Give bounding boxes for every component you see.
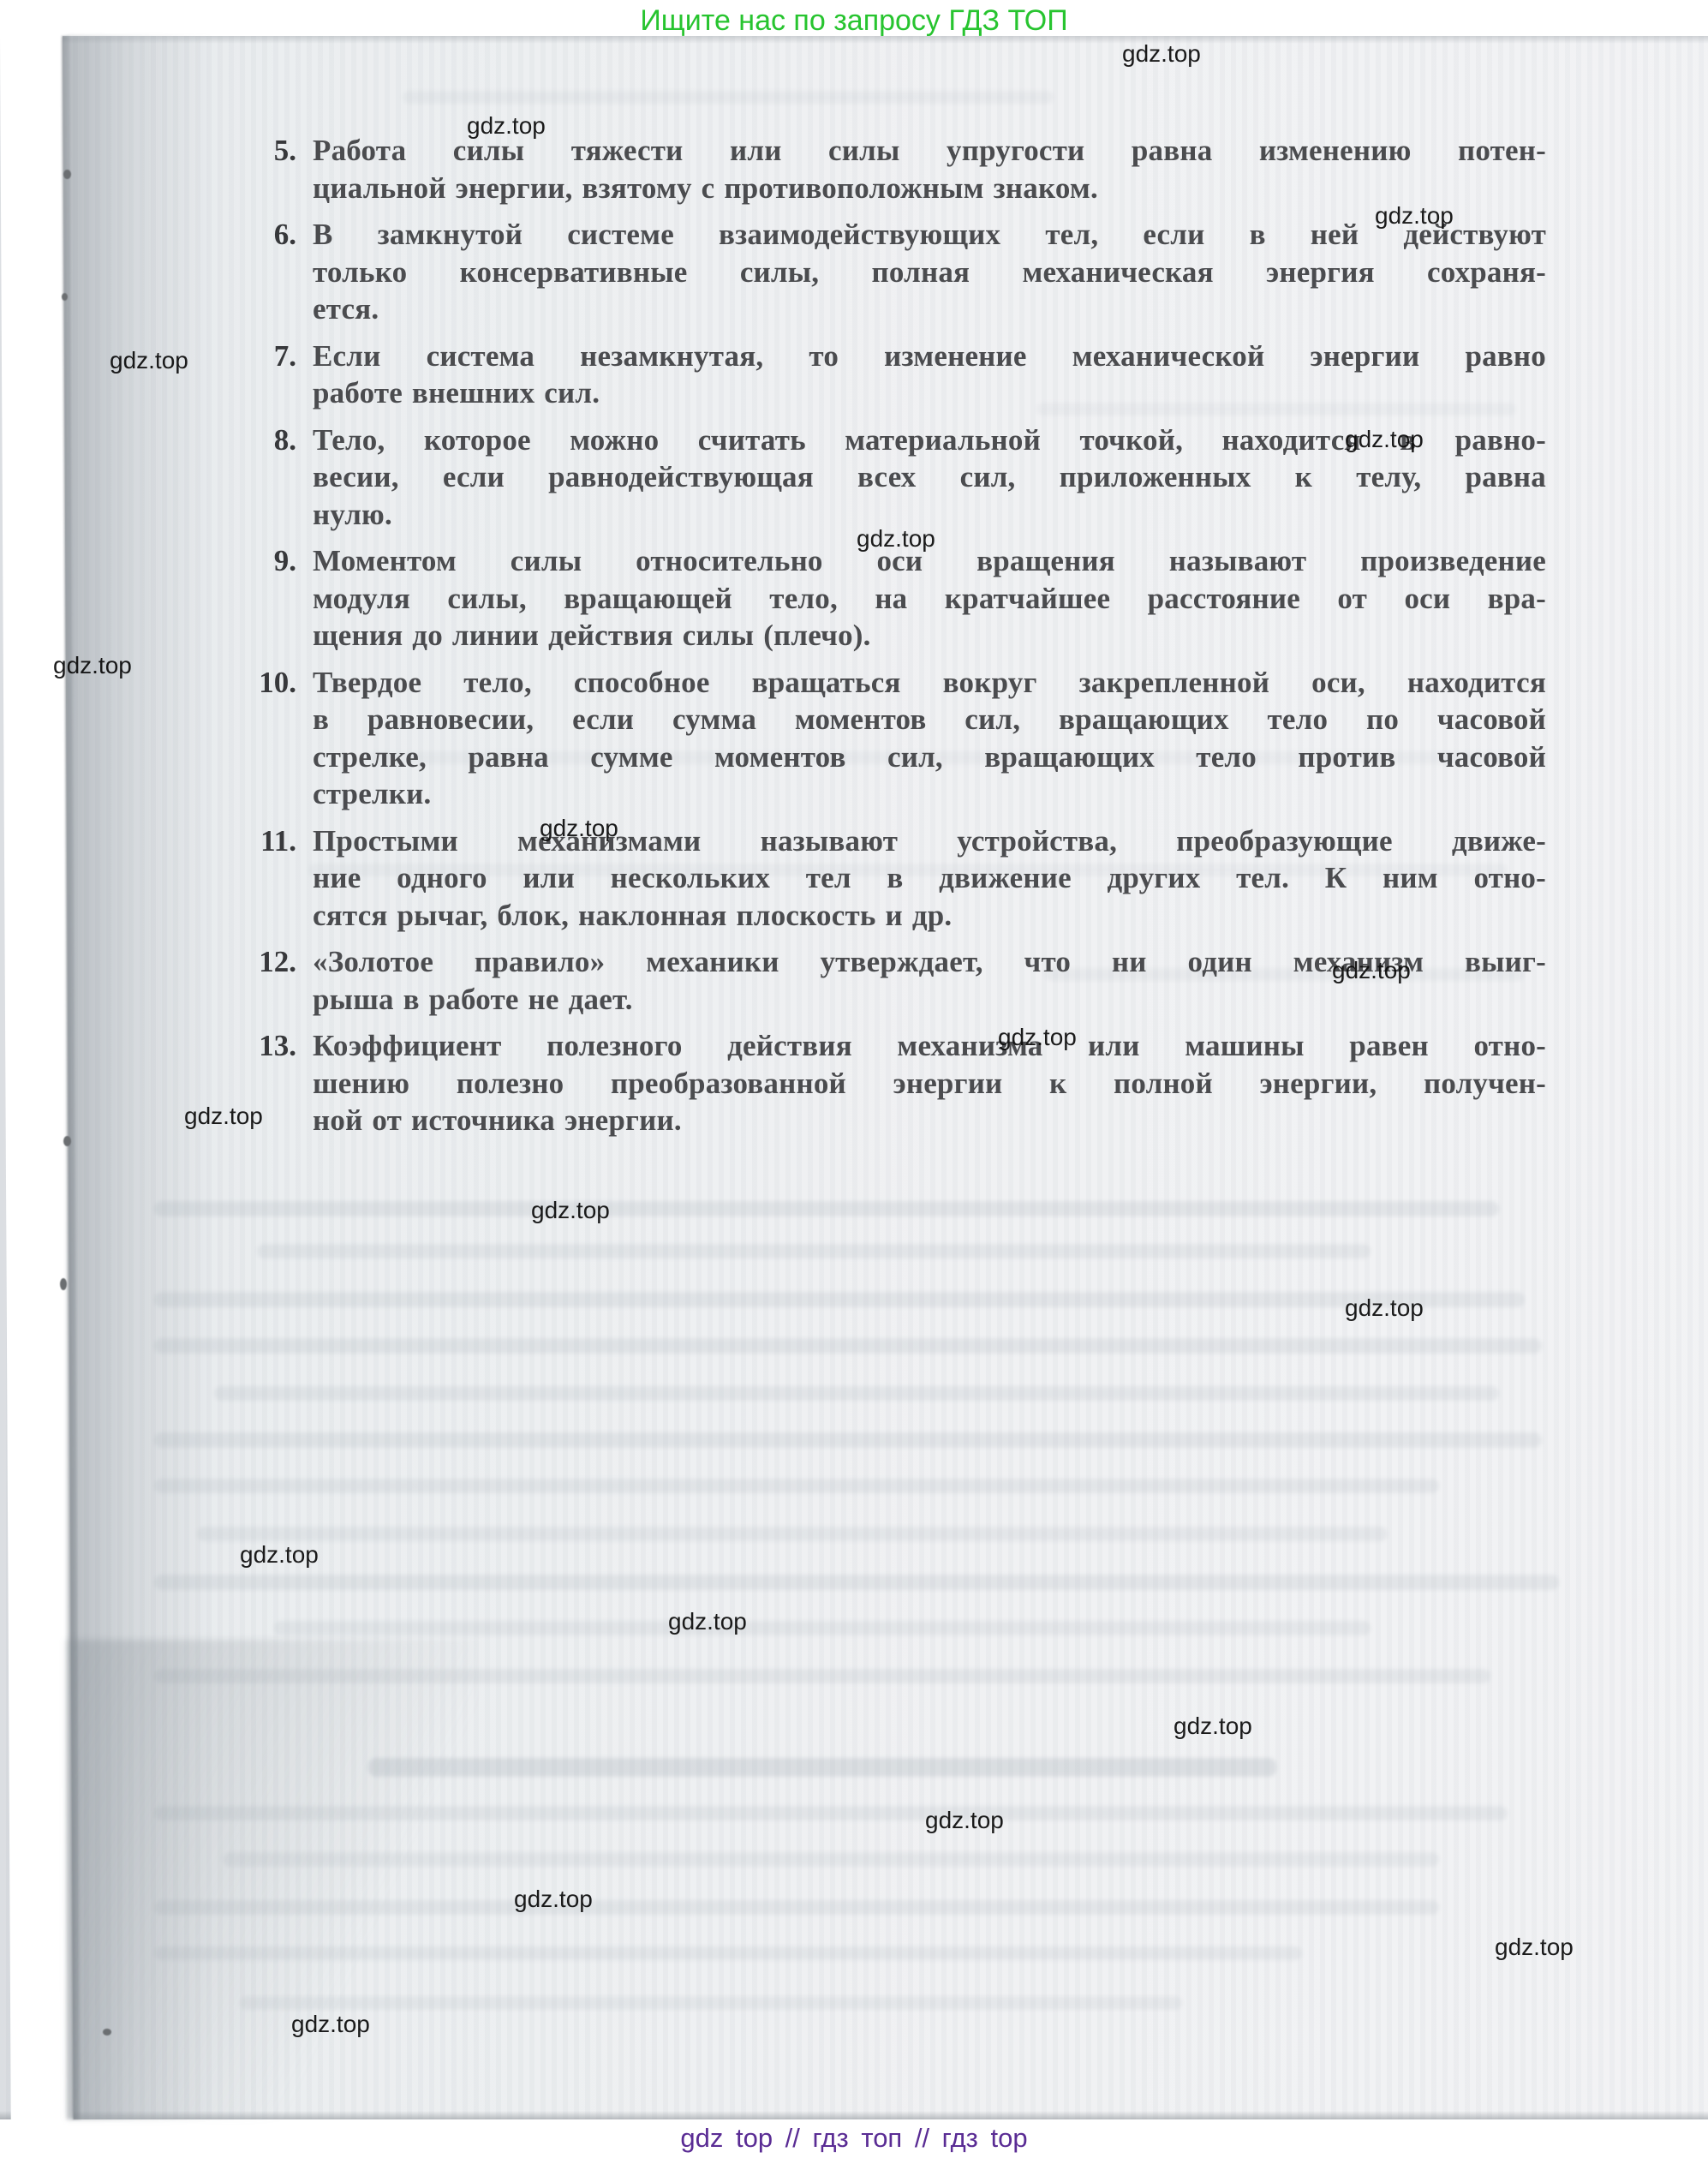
gdz-watermark-text: gdz.top [1122, 41, 1201, 67]
gdz-watermark-text: gdz.top [514, 1886, 593, 1912]
gdz-watermark-text: gdz.top [240, 1542, 319, 1568]
gdz-watermark-text: gdz.top [1174, 1713, 1252, 1739]
gdz-watermark-text: gdz.top [1332, 958, 1411, 983]
gdz-watermark-text: gdz.top [291, 2012, 370, 2037]
gdz-watermark-text: gdz.top [1345, 427, 1424, 452]
gdz-watermark-text: gdz.top [531, 1198, 610, 1223]
gdz-watermark-text: gdz.top [998, 1025, 1077, 1050]
gdz-watermark-text: gdz.top [184, 1103, 263, 1129]
gdz-watermark-text: gdz.top [540, 816, 618, 841]
gdz-watermark-text: gdz.top [925, 1808, 1004, 1833]
gdz-watermark-text: gdz.top [467, 113, 546, 139]
watermark-layer: gdz.topgdz.topgdz.topgdz.topgdz.topgdz.t… [0, 0, 1708, 2158]
gdz-watermark-text: gdz.top [110, 348, 188, 374]
gdz-watermark-text: gdz.top [1495, 1934, 1574, 1960]
promo-footer-text: gdz top // гдз топ // гдз top [0, 2124, 1708, 2153]
gdz-watermark-text: gdz.top [857, 526, 935, 552]
gdz-watermark-text: gdz.top [1375, 203, 1454, 229]
gdz-watermark-text: gdz.top [53, 653, 132, 678]
gdz-watermark-text: gdz.top [668, 1609, 747, 1635]
gdz-watermark-text: gdz.top [1345, 1295, 1424, 1321]
